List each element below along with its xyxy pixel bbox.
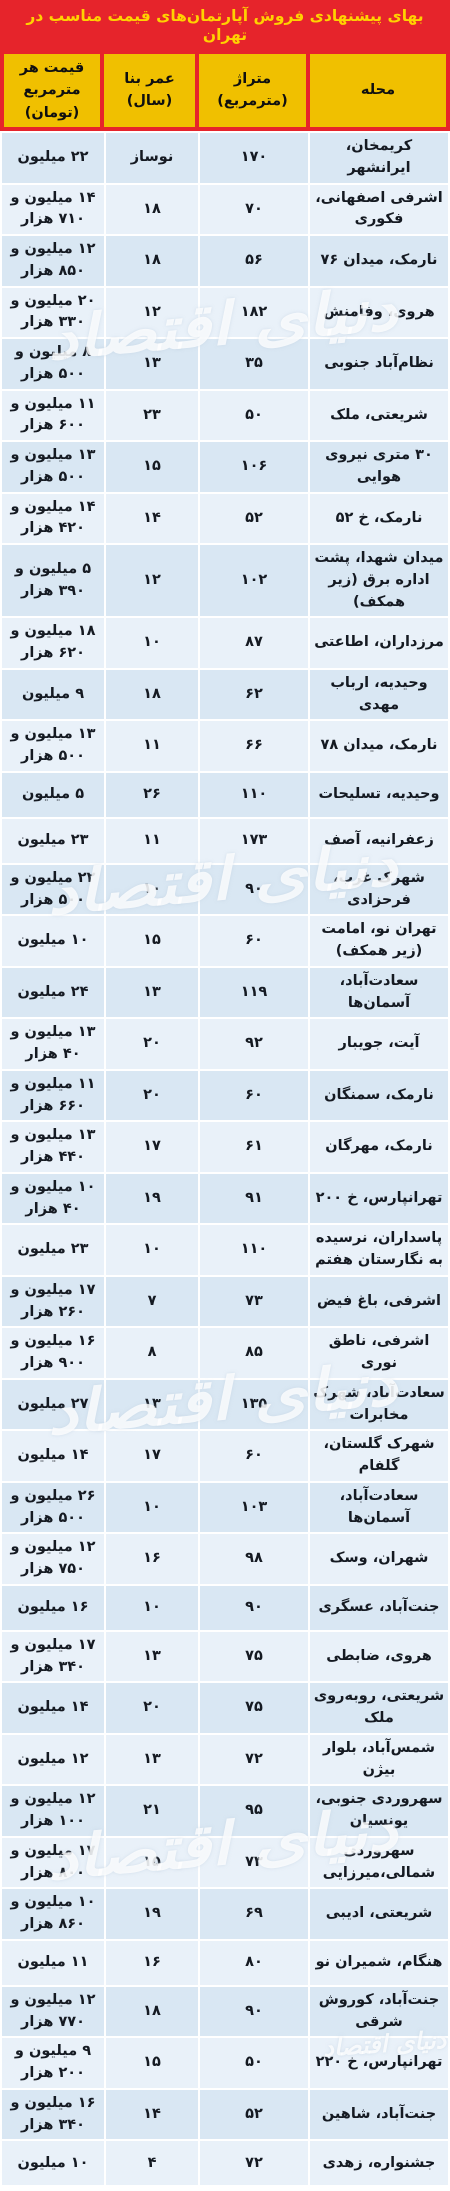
- age-cell: ۱۸: [106, 670, 198, 720]
- table-row: نارمک، میدان ۷۶۵۶۱۸۱۲ میلیون و ۸۵۰ هزار: [2, 236, 448, 286]
- table-row: نارمک، سمنگان۶۰۲۰۱۱ میلیون و ۶۶۰ هزار: [2, 1071, 448, 1121]
- price-cell: ۱۱ میلیون: [2, 1941, 104, 1985]
- column-header-price: قیمت هر مترمربع (تومان): [4, 54, 100, 127]
- area-cell: ۶۶: [200, 721, 308, 771]
- neighborhood-cell: نارمک، مهرگان: [310, 1122, 448, 1172]
- age-cell: ۲۰: [106, 1683, 198, 1733]
- area-cell: ۷۲: [200, 1735, 308, 1785]
- neighborhood-cell: مرزداران، اطاعتی: [310, 618, 448, 668]
- neighborhood-cell: هروی، وفامنش: [310, 288, 448, 338]
- table-row: سعادت‌آباد، آسمان‌ها۱۱۹۱۳۲۴ میلیون: [2, 968, 448, 1018]
- column-header-age: عمر بنا (سال): [104, 54, 195, 127]
- area-cell: ۱۱۰: [200, 1225, 308, 1275]
- neighborhood-cell: شهرک گلستان، گلفام: [310, 1431, 448, 1481]
- age-cell: ۲۶: [106, 773, 198, 817]
- table-row: جنت‌آباد، عسگری۹۰۱۰۱۶ میلیون: [2, 1586, 448, 1630]
- price-cell: ۱۴ میلیون: [2, 1683, 104, 1733]
- area-cell: ۷۰: [200, 185, 308, 235]
- column-header-price-line1: قیمت هر: [5, 57, 99, 79]
- area-cell: ۵۲: [200, 2090, 308, 2140]
- area-cell: ۹۵: [200, 1786, 308, 1836]
- area-cell: ۱۸۲: [200, 288, 308, 338]
- table-row: نارمک، خ ۵۲۵۲۱۴۱۴ میلیون و ۴۲۰ هزار: [2, 494, 448, 544]
- price-cell: ۱۷ میلیون و ۳۴۰ هزار: [2, 1632, 104, 1682]
- age-cell: ۱۶: [106, 1534, 198, 1584]
- area-cell: ۶۰: [200, 1071, 308, 1121]
- area-cell: ۱۰۲: [200, 545, 308, 616]
- area-cell: ۹۱: [200, 1174, 308, 1224]
- neighborhood-cell: شهرک غرب، فرحزادی: [310, 865, 448, 915]
- neighborhood-cell: نارمک، میدان ۷۶: [310, 236, 448, 286]
- age-cell: ۷: [106, 1277, 198, 1327]
- area-cell: ۷۲: [200, 2141, 308, 2185]
- area-cell: ۶۹: [200, 1889, 308, 1939]
- area-cell: ۸۵: [200, 1328, 308, 1378]
- price-cell: ۲۶ میلیون و ۵۰۰ هزار: [2, 1483, 104, 1533]
- age-cell: ۱۴: [106, 494, 198, 544]
- area-cell: ۶۰: [200, 1431, 308, 1481]
- age-cell: ۱۰: [106, 618, 198, 668]
- neighborhood-cell: تهرانپارس، خ ۲۰۰: [310, 1174, 448, 1224]
- neighborhood-cell: تهرانپارس، خ ۲۲۰: [310, 2038, 448, 2088]
- table-row: اشرفی، ناطق نوری۸۵۸۱۶ میلیون و ۹۰۰ هزار: [2, 1328, 448, 1378]
- age-cell: ۱۳: [106, 1632, 198, 1682]
- age-cell: ۱۸: [106, 236, 198, 286]
- neighborhood-cell: سهروردی جنوبی، یونسیان: [310, 1786, 448, 1836]
- age-cell: ۲۱: [106, 1786, 198, 1836]
- table-row: وحیدیه، تسلیحات۱۱۰۲۶۵ میلیون: [2, 773, 448, 817]
- column-header-area: متراژ (مترمربع): [199, 54, 306, 127]
- table-row: تهرانپارس، خ ۲۰۰۹۱۱۹۱۰ میلیون و ۴۰ هزار: [2, 1174, 448, 1224]
- price-cell: ۱۳ میلیون و ۴۰ هزار: [2, 1019, 104, 1069]
- price-cell: ۱۱ میلیون و ۶۶۰ هزار: [2, 1071, 104, 1121]
- age-cell: ۱۲: [106, 545, 198, 616]
- price-cell: ۱۲ میلیون: [2, 1735, 104, 1785]
- area-cell: ۹۸: [200, 1534, 308, 1584]
- table-body: کریمخان، ایرانشهر۱۷۰نوساز۲۲ میلیوناشرفی …: [0, 131, 450, 2191]
- age-cell: ۱۰: [106, 1483, 198, 1533]
- area-cell: ۱۱۹: [200, 968, 308, 1018]
- price-cell: ۱۶ میلیون و ۹۰۰ هزار: [2, 1328, 104, 1378]
- table-row: شهرک گلستان، گلفام۶۰۱۷۱۴ میلیون: [2, 1431, 448, 1481]
- age-cell: ۸: [106, 1328, 198, 1378]
- age-cell: ۱۳: [106, 1380, 198, 1430]
- table-row: شمس‌آباد، بلوار بیژن۷۲۱۳۱۲ میلیون: [2, 1735, 448, 1785]
- price-cell: ۱۰ میلیون و ۴۰ هزار: [2, 1174, 104, 1224]
- neighborhood-cell: اشرفی، ناطق نوری: [310, 1328, 448, 1378]
- neighborhood-cell: نارمک، میدان ۷۸: [310, 721, 448, 771]
- table-row: شریعتی، روبه‌روی ملک۷۵۲۰۱۴ میلیون: [2, 1683, 448, 1733]
- area-cell: ۶۱: [200, 1122, 308, 1172]
- price-cell: ۲۲ میلیون: [2, 133, 104, 183]
- neighborhood-cell: آیت، جویبار: [310, 1019, 448, 1069]
- price-cell: ۲۴ میلیون: [2, 968, 104, 1018]
- price-cell: ۱۷ میلیون و ۸۰۰ هزار: [2, 1838, 104, 1888]
- price-cell: ۲۲ میلیون و ۵۰۰ هزار: [2, 865, 104, 915]
- price-table-page: بهای پیشنهادی فروش آپارتمان‌های قیمت منا…: [0, 0, 450, 2191]
- area-cell: ۹۰: [200, 1586, 308, 1630]
- age-cell: ۲۰: [106, 1071, 198, 1121]
- neighborhood-cell: جشنواره، زهدی: [310, 2141, 448, 2185]
- age-cell: ۱۵: [106, 1838, 198, 1888]
- neighborhood-cell: اشرفی اصفهانی، فکوری: [310, 185, 448, 235]
- price-cell: ۱۴ میلیون و ۷۱۰ هزار: [2, 185, 104, 235]
- age-cell: ۱۳: [106, 968, 198, 1018]
- age-cell: ۱۰: [106, 1225, 198, 1275]
- table-row: شریعتی، ملک۵۰۲۳۱۱ میلیون و ۶۰۰ هزار: [2, 391, 448, 441]
- price-cell: ۱۴ میلیون: [2, 1431, 104, 1481]
- age-cell: ۱۷: [106, 1122, 198, 1172]
- neighborhood-cell: سعادت‌آباد، آسمان‌ها: [310, 968, 448, 1018]
- area-cell: ۸۰: [200, 1941, 308, 1985]
- neighborhood-cell: نظام‌آباد جنوبی: [310, 339, 448, 389]
- neighborhood-cell: سعادت‌آباد، آسمان‌ها: [310, 1483, 448, 1533]
- age-cell: ۱۵: [106, 916, 198, 966]
- neighborhood-cell: جنت‌آباد، کوروش شرقی: [310, 1987, 448, 2037]
- area-cell: ۶۰: [200, 916, 308, 966]
- price-cell: ۱۲ میلیون و ۸۵۰ هزار: [2, 236, 104, 286]
- area-cell: ۶۲: [200, 670, 308, 720]
- table-row: جنت‌آباد، شاهین۵۲۱۴۱۶ میلیون و ۳۴۰ هزار: [2, 2090, 448, 2140]
- age-cell: نوساز: [106, 133, 198, 183]
- column-header-neighborhood-label: محله: [311, 79, 445, 101]
- area-cell: ۱۰۶: [200, 442, 308, 492]
- neighborhood-cell: نارمک، سمنگان: [310, 1071, 448, 1121]
- neighborhood-cell: وحیدیه، تسلیحات: [310, 773, 448, 817]
- neighborhood-cell: پاسداران، نرسیده به نگارستان هفتم: [310, 1225, 448, 1275]
- area-cell: ۷۳: [200, 1277, 308, 1327]
- column-header-age-line1: عمر بنا: [105, 68, 194, 90]
- table-row: نارمک، میدان ۷۸۶۶۱۱۱۳ میلیون و ۵۰۰ هزار: [2, 721, 448, 771]
- price-cell: ۱۴ میلیون و ۴۲۰ هزار: [2, 494, 104, 544]
- table-row: شریعتی، ادیبی۶۹۱۹۱۰ میلیون و ۸۶۰ هزار: [2, 1889, 448, 1939]
- table-row: جشنواره، زهدی۷۲۴۱۰ میلیون: [2, 2141, 448, 2185]
- table-row: سهروردی شمالی،میرزایی۷۳۱۵۱۷ میلیون و ۸۰۰…: [2, 1838, 448, 1888]
- price-cell: ۱۳ میلیون و ۵۰۰ هزار: [2, 721, 104, 771]
- price-cell: ۸ میلیون و ۵۰۰ هزار: [2, 339, 104, 389]
- price-cell: ۱۰ میلیون: [2, 916, 104, 966]
- area-cell: ۱۰۳: [200, 1483, 308, 1533]
- area-cell: ۸۷: [200, 618, 308, 668]
- table-row: شهرک غرب، فرحزادی۹۰۱۰۲۲ میلیون و ۵۰۰ هزا…: [2, 865, 448, 915]
- price-cell: ۱۳ میلیون و ۴۴۰ هزار: [2, 1122, 104, 1172]
- area-cell: ۵۰: [200, 2038, 308, 2088]
- neighborhood-cell: هنگام، شمیران نو: [310, 1941, 448, 1985]
- neighborhood-cell: نارمک، خ ۵۲: [310, 494, 448, 544]
- price-cell: ۱۷ میلیون و ۲۶۰ هزار: [2, 1277, 104, 1327]
- neighborhood-cell: شمس‌آباد، بلوار بیژن: [310, 1735, 448, 1785]
- price-cell: ۱۲ میلیون و ۷۵۰ هزار: [2, 1534, 104, 1584]
- price-cell: ۱۶ میلیون و ۳۴۰ هزار: [2, 2090, 104, 2140]
- price-cell: ۱۱ میلیون و ۶۰۰ هزار: [2, 391, 104, 441]
- price-cell: ۲۳ میلیون: [2, 1225, 104, 1275]
- price-cell: ۱۶ میلیون: [2, 1586, 104, 1630]
- age-cell: ۲۳: [106, 391, 198, 441]
- column-header-age-line2: (سال): [105, 90, 194, 112]
- price-cell: ۲۰ میلیون و ۳۳۰ هزار: [2, 288, 104, 338]
- area-cell: ۹۰: [200, 1987, 308, 2037]
- table-row: وحیدیه، ارباب مهدی۶۲۱۸۹ میلیون: [2, 670, 448, 720]
- age-cell: ۱۳: [106, 1735, 198, 1785]
- area-cell: ۷۳: [200, 1838, 308, 1888]
- price-cell: ۱۲ میلیون و ۷۷۰ هزار: [2, 1987, 104, 2037]
- age-cell: ۱۱: [106, 721, 198, 771]
- age-cell: ۱۰: [106, 865, 198, 915]
- age-cell: ۱۹: [106, 1174, 198, 1224]
- price-cell: ۱۳ میلیون و ۵۰۰ هزار: [2, 442, 104, 492]
- neighborhood-cell: ۳۰ متری نیروی هوایی: [310, 442, 448, 492]
- age-cell: ۱۹: [106, 1889, 198, 1939]
- area-cell: ۱۷۳: [200, 819, 308, 863]
- table-row: اشرفی اصفهانی، فکوری۷۰۱۸۱۴ میلیون و ۷۱۰ …: [2, 185, 448, 235]
- age-cell: ۱۱: [106, 819, 198, 863]
- neighborhood-cell: زعفرانیه، آصف: [310, 819, 448, 863]
- column-header-area-line2: (مترمربع): [200, 90, 305, 112]
- age-cell: ۱۶: [106, 1941, 198, 1985]
- area-cell: ۵۲: [200, 494, 308, 544]
- column-header-neighborhood: محله: [310, 54, 446, 127]
- price-cell: ۱۰ میلیون: [2, 2141, 104, 2185]
- age-cell: ۱۵: [106, 442, 198, 492]
- price-cell: ۵ میلیون: [2, 773, 104, 817]
- area-cell: ۷۵: [200, 1683, 308, 1733]
- price-cell: ۹ میلیون و ۲۰۰ هزار: [2, 2038, 104, 2088]
- age-cell: ۱۲: [106, 288, 198, 338]
- age-cell: ۱۸: [106, 185, 198, 235]
- neighborhood-cell: شریعتی، ملک: [310, 391, 448, 441]
- area-cell: ۱۳۵: [200, 1380, 308, 1430]
- table-row: هروی، ضابطی۷۵۱۳۱۷ میلیون و ۳۴۰ هزار: [2, 1632, 448, 1682]
- neighborhood-cell: میدان شهدا، پشت اداره برق (زیر همکف): [310, 545, 448, 616]
- table-row: سعادت‌آباد، آسمان‌ها۱۰۳۱۰۲۶ میلیون و ۵۰۰…: [2, 1483, 448, 1533]
- price-cell: ۲۷ میلیون: [2, 1380, 104, 1430]
- neighborhood-cell: کریمخان، ایرانشهر: [310, 133, 448, 183]
- neighborhood-cell: سهروردی شمالی،میرزایی: [310, 1838, 448, 1888]
- column-header-price-line2: مترمربع (تومان): [5, 79, 99, 124]
- neighborhood-cell: اشرفی، باغ فیض: [310, 1277, 448, 1327]
- table-row: شهران، وسک۹۸۱۶۱۲ میلیون و ۷۵۰ هزار: [2, 1534, 448, 1584]
- table-title: بهای پیشنهادی فروش آپارتمان‌های قیمت منا…: [0, 0, 450, 54]
- table-row: سعادت‌آباد، شهرک مخابرات۱۳۵۱۳۲۷ میلیون: [2, 1380, 448, 1430]
- area-cell: ۱۱۰: [200, 773, 308, 817]
- area-cell: ۵۶: [200, 236, 308, 286]
- price-cell: ۹ میلیون: [2, 670, 104, 720]
- table-row: نظام‌آباد جنوبی۳۵۱۳۸ میلیون و ۵۰۰ هزار: [2, 339, 448, 389]
- neighborhood-cell: وحیدیه، ارباب مهدی: [310, 670, 448, 720]
- price-cell: ۱۲ میلیون و ۱۰۰ هزار: [2, 1786, 104, 1836]
- price-cell: ۱۰ میلیون و ۸۶۰ هزار: [2, 1889, 104, 1939]
- age-cell: ۲۰: [106, 1019, 198, 1069]
- age-cell: ۱۴: [106, 2090, 198, 2140]
- table-row: آیت، جویبار۹۲۲۰۱۳ میلیون و ۴۰ هزار: [2, 1019, 448, 1069]
- neighborhood-cell: هروی، ضابطی: [310, 1632, 448, 1682]
- neighborhood-cell: تهران نو، امامت (زیر همکف): [310, 916, 448, 966]
- area-cell: ۱۷۰: [200, 133, 308, 183]
- table-row: پاسداران، نرسیده به نگارستان هفتم۱۱۰۱۰۲۳…: [2, 1225, 448, 1275]
- table-row: جنت‌آباد، کوروش شرقی۹۰۱۸۱۲ میلیون و ۷۷۰ …: [2, 1987, 448, 2037]
- age-cell: ۱۰: [106, 1586, 198, 1630]
- price-cell: ۱۸ میلیون و ۶۲۰ هزار: [2, 618, 104, 668]
- table-row: کریمخان، ایرانشهر۱۷۰نوساز۲۲ میلیون: [2, 133, 448, 183]
- age-cell: ۴: [106, 2141, 198, 2185]
- price-cell: ۵ میلیون و ۳۹۰ هزار: [2, 545, 104, 616]
- table-row: تهرانپارس، خ ۲۲۰۵۰۱۵۹ میلیون و ۲۰۰ هزار: [2, 2038, 448, 2088]
- age-cell: ۱۸: [106, 1987, 198, 2037]
- table-header-row: محله متراژ (مترمربع) عمر بنا (سال) قیمت …: [0, 54, 450, 131]
- neighborhood-cell: شریعتی، روبه‌روی ملک: [310, 1683, 448, 1733]
- area-cell: ۹۰: [200, 865, 308, 915]
- area-cell: ۳۵: [200, 339, 308, 389]
- neighborhood-cell: شریعتی، ادیبی: [310, 1889, 448, 1939]
- table-row: هنگام، شمیران نو۸۰۱۶۱۱ میلیون: [2, 1941, 448, 1985]
- table-row: نارمک، مهرگان۶۱۱۷۱۳ میلیون و ۴۴۰ هزار: [2, 1122, 448, 1172]
- age-cell: ۱۷: [106, 1431, 198, 1481]
- neighborhood-cell: شهران، وسک: [310, 1534, 448, 1584]
- table-row: زعفرانیه، آصف۱۷۳۱۱۲۳ میلیون: [2, 819, 448, 863]
- table-row: مرزداران، اطاعتی۸۷۱۰۱۸ میلیون و ۶۲۰ هزار: [2, 618, 448, 668]
- table-row: تهران نو، امامت (زیر همکف)۶۰۱۵۱۰ میلیون: [2, 916, 448, 966]
- area-cell: ۵۰: [200, 391, 308, 441]
- table-row: ۳۰ متری نیروی هوایی۱۰۶۱۵۱۳ میلیون و ۵۰۰ …: [2, 442, 448, 492]
- table-row: اشرفی، باغ فیض۷۳۷۱۷ میلیون و ۲۶۰ هزار: [2, 1277, 448, 1327]
- neighborhood-cell: جنت‌آباد، عسگری: [310, 1586, 448, 1630]
- area-cell: ۷۵: [200, 1632, 308, 1682]
- age-cell: ۱۵: [106, 2038, 198, 2088]
- neighborhood-cell: سعادت‌آباد، شهرک مخابرات: [310, 1380, 448, 1430]
- neighborhood-cell: جنت‌آباد، شاهین: [310, 2090, 448, 2140]
- age-cell: ۱۳: [106, 339, 198, 389]
- column-header-area-line1: متراژ: [200, 68, 305, 90]
- area-cell: ۹۲: [200, 1019, 308, 1069]
- table-row: میدان شهدا، پشت اداره برق (زیر همکف)۱۰۲۱…: [2, 545, 448, 616]
- table-row: هروی، وفامنش۱۸۲۱۲۲۰ میلیون و ۳۳۰ هزار: [2, 288, 448, 338]
- price-cell: ۲۳ میلیون: [2, 819, 104, 863]
- table-row: سهروردی جنوبی، یونسیان۹۵۲۱۱۲ میلیون و ۱۰…: [2, 1786, 448, 1836]
